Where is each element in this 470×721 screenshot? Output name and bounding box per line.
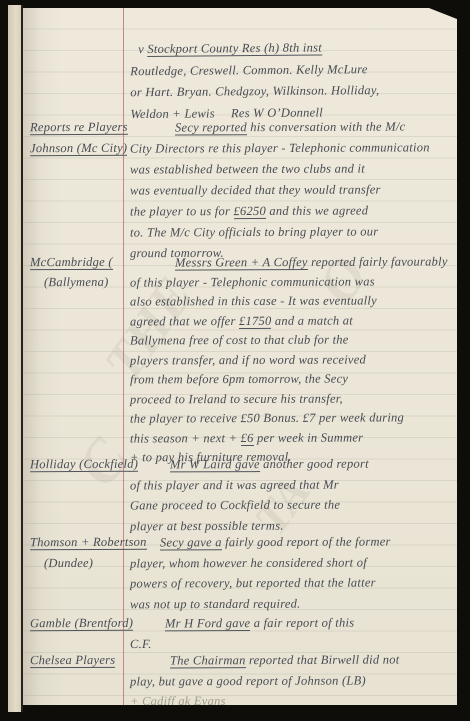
header-line: Routledge, Creswell. Common. Kelly McLur… (130, 62, 368, 79)
handwritten-text-segment: Ballymena free of cost to that club for … (130, 333, 349, 348)
body-line: was established between the two clubs an… (130, 161, 365, 177)
handwritten-text-segment: Thomson + Robertson (30, 535, 147, 551)
body-line: of this player and it was agreed that Mr (130, 477, 339, 493)
body-line: powers of recovery, but reported that th… (130, 575, 376, 591)
handwritten-text-segment: Mr H Ford gave (165, 616, 250, 631)
handwritten-text-segment: was eventually decided that they would t… (130, 182, 381, 197)
body-line: was eventually decided that they would t… (130, 182, 381, 198)
margin-note-line: Gamble (Brentford) (30, 616, 133, 631)
margin-rule-line (123, 8, 124, 705)
handwritten-text-segment: Secy gave a (160, 535, 222, 550)
handwritten-text-segment: and this we agreed (266, 203, 368, 217)
minute-book-page: THECTAO v Stockport County Res (h) 8th i… (23, 8, 457, 705)
handwritten-text-segment: play, but gave a good report of Johnson … (130, 673, 366, 688)
body-line: City Directors re this player - Telephon… (130, 140, 430, 156)
handwritten-text-segment: the player to us for (130, 204, 234, 218)
body-line: also established in this case - It was e… (130, 293, 377, 309)
handwritten-text-segment: Messrs Green + A Coffey (175, 255, 308, 271)
body-line: Secy reported his conversation with the … (175, 119, 405, 135)
body-line: play, but gave a good report of Johnson … (130, 673, 366, 689)
margin-note-line: Reports re Players (30, 120, 128, 135)
handwritten-text-segment: Weldon + Lewis Res W O’Donnell (130, 105, 323, 121)
handwritten-text-segment: a fair report of this (250, 616, 354, 630)
handwritten-text-segment: v (138, 42, 147, 56)
body-line: Secy gave a fairly good report of the fo… (160, 534, 391, 550)
margin-note-line: Holliday (Cockfield) (30, 457, 138, 472)
body-line: the player to us for £6250 and this we a… (130, 203, 368, 219)
margin-note-line: McCambridge ( (30, 255, 113, 270)
handwritten-text-segment: player, whom however he considered short… (130, 555, 367, 570)
handwritten-text-segment: (Ballymena) (44, 274, 109, 288)
body-line: agreed that we offer £1750 and a match a… (130, 313, 353, 329)
handwritten-text-segment: Secy reported (175, 120, 247, 135)
handwritten-text-segment: from them before 6pm tomorrow, the Secy (130, 372, 348, 387)
handwritten-text-segment: Johnson (Mc City) (30, 141, 127, 156)
handwritten-text-segment: (Dundee) (44, 555, 93, 569)
margin-note-line: Chelsea Players (30, 653, 115, 668)
handwritten-text-segment: McCambridge ( (30, 255, 113, 270)
handwritten-text-segment: also established in this case - It was e… (130, 293, 377, 308)
margin-note-line: (Ballymena) (44, 274, 109, 289)
handwritten-text-segment: to. The M/c City officials to bring play… (130, 224, 378, 239)
scanned-page-backdrop: THECTAO v Stockport County Res (h) 8th i… (0, 0, 470, 721)
handwritten-text-segment: City Directors re this player - Telephon… (130, 140, 430, 155)
handwritten-text-segment: Stockport County Res (h) 8th inst (147, 40, 322, 57)
body-line: of this player - Telephonic communicatio… (130, 274, 375, 290)
handwritten-text-segment: of this player - Telephonic communicatio… (130, 274, 375, 289)
body-line: Mr H Ford gave a fair report of this (165, 616, 354, 632)
body-line: + Cadiff gk Evans (130, 694, 226, 705)
handwritten-text-segment: Gamble (Brentford) (30, 616, 133, 631)
header-line: or Hart. Bryan. Chedgzoy, Wilkinson. Hol… (130, 83, 379, 100)
handwritten-text-segment: Holliday (Cockfield) (30, 457, 138, 472)
body-line: to. The M/c City officials to bring play… (130, 224, 378, 240)
body-line: Mr W Laird gave another good report (170, 457, 369, 473)
body-line: C.F. (130, 636, 152, 651)
handwritten-text-segment: was established between the two clubs an… (130, 161, 365, 176)
handwritten-text-segment: The Chairman (170, 653, 246, 668)
handwritten-text-segment: agreed that we offer (130, 314, 239, 328)
body-line: The Chairman reported that Birwell did n… (170, 652, 400, 668)
handwritten-text-segment: £6 (241, 430, 254, 445)
handwritten-text-segment: £6250 (233, 204, 266, 219)
adjacent-page-edge (8, 5, 23, 712)
body-line: was not up to standard required. (130, 596, 301, 612)
body-line: this season + next + £6 per week in Summ… (130, 430, 363, 446)
handwritten-text-segment: £1750 (239, 313, 272, 328)
handwritten-text-segment: his conversation with the M/c (247, 119, 406, 134)
body-line: the player to receive £50 Bonus. £7 per … (130, 410, 404, 426)
handwritten-text-segment: Gane proceed to Cockfield to secure the (130, 498, 340, 513)
handwritten-text-segment: reported that Birwell did not (246, 652, 400, 667)
handwritten-text-segment: fairly good report of the former (222, 534, 391, 549)
header-line: v Stockport County Res (h) 8th inst (138, 40, 322, 57)
handwritten-text-segment: this season + next + (130, 431, 241, 445)
body-line: from them before 6pm tomorrow, the Secy (130, 372, 348, 388)
body-line: Ballymena free of cost to that club for … (130, 333, 349, 349)
margin-note-line: Johnson (Mc City) (30, 141, 127, 156)
handwritten-text-segment: the player to receive £50 Bonus. £7 per … (130, 410, 404, 425)
handwritten-text-segment: Mr W Laird gave (170, 457, 260, 472)
body-line: Messrs Green + A Coffey reported fairly … (175, 254, 448, 270)
handwritten-text-segment: another good report (260, 457, 369, 471)
handwritten-text-segment: and a match at (271, 313, 353, 327)
body-line: player, whom however he considered short… (130, 555, 367, 571)
handwritten-text-segment: reported fairly favourably (308, 254, 448, 269)
match-header-block: v Stockport County Res (h) 8th instRoutl… (130, 8, 453, 9)
page-corner-clip (429, 8, 457, 19)
handwritten-text-segment: player at best possible terms. (130, 518, 284, 533)
handwritten-text-segment: players transfer, and if no word was rec… (130, 352, 366, 367)
body-line: Gane proceed to Cockfield to secure the (130, 498, 340, 514)
body-line: proceed to Ireland to secure his transfe… (130, 391, 343, 407)
handwritten-text-segment: + Cadiff gk Evans (130, 694, 226, 705)
handwritten-text-segment: C.F. (130, 636, 152, 650)
body-line: player at best possible terms. (130, 518, 284, 534)
handwritten-text-segment: powers of recovery, but reported that th… (130, 575, 376, 590)
margin-note-line: Thomson + Robertson (30, 535, 147, 551)
handwritten-text-segment: proceed to Ireland to secure his transfe… (130, 391, 343, 406)
body-line: players transfer, and if no word was rec… (130, 352, 366, 368)
handwritten-text-segment: or Hart. Bryan. Chedgzoy, Wilkinson. Hol… (130, 83, 379, 99)
margin-note-line: (Dundee) (44, 555, 93, 570)
handwritten-text-segment: Routledge, Creswell. Common. Kelly McLur… (130, 62, 368, 78)
handwritten-text-segment: Chelsea Players (30, 653, 115, 668)
handwritten-text-segment: was not up to standard required. (130, 596, 301, 611)
handwritten-text-segment: Reports re Players (30, 120, 128, 135)
handwritten-text-segment: per week in Summer (254, 430, 364, 444)
handwritten-text-segment: of this player and it was agreed that Mr (130, 477, 339, 492)
